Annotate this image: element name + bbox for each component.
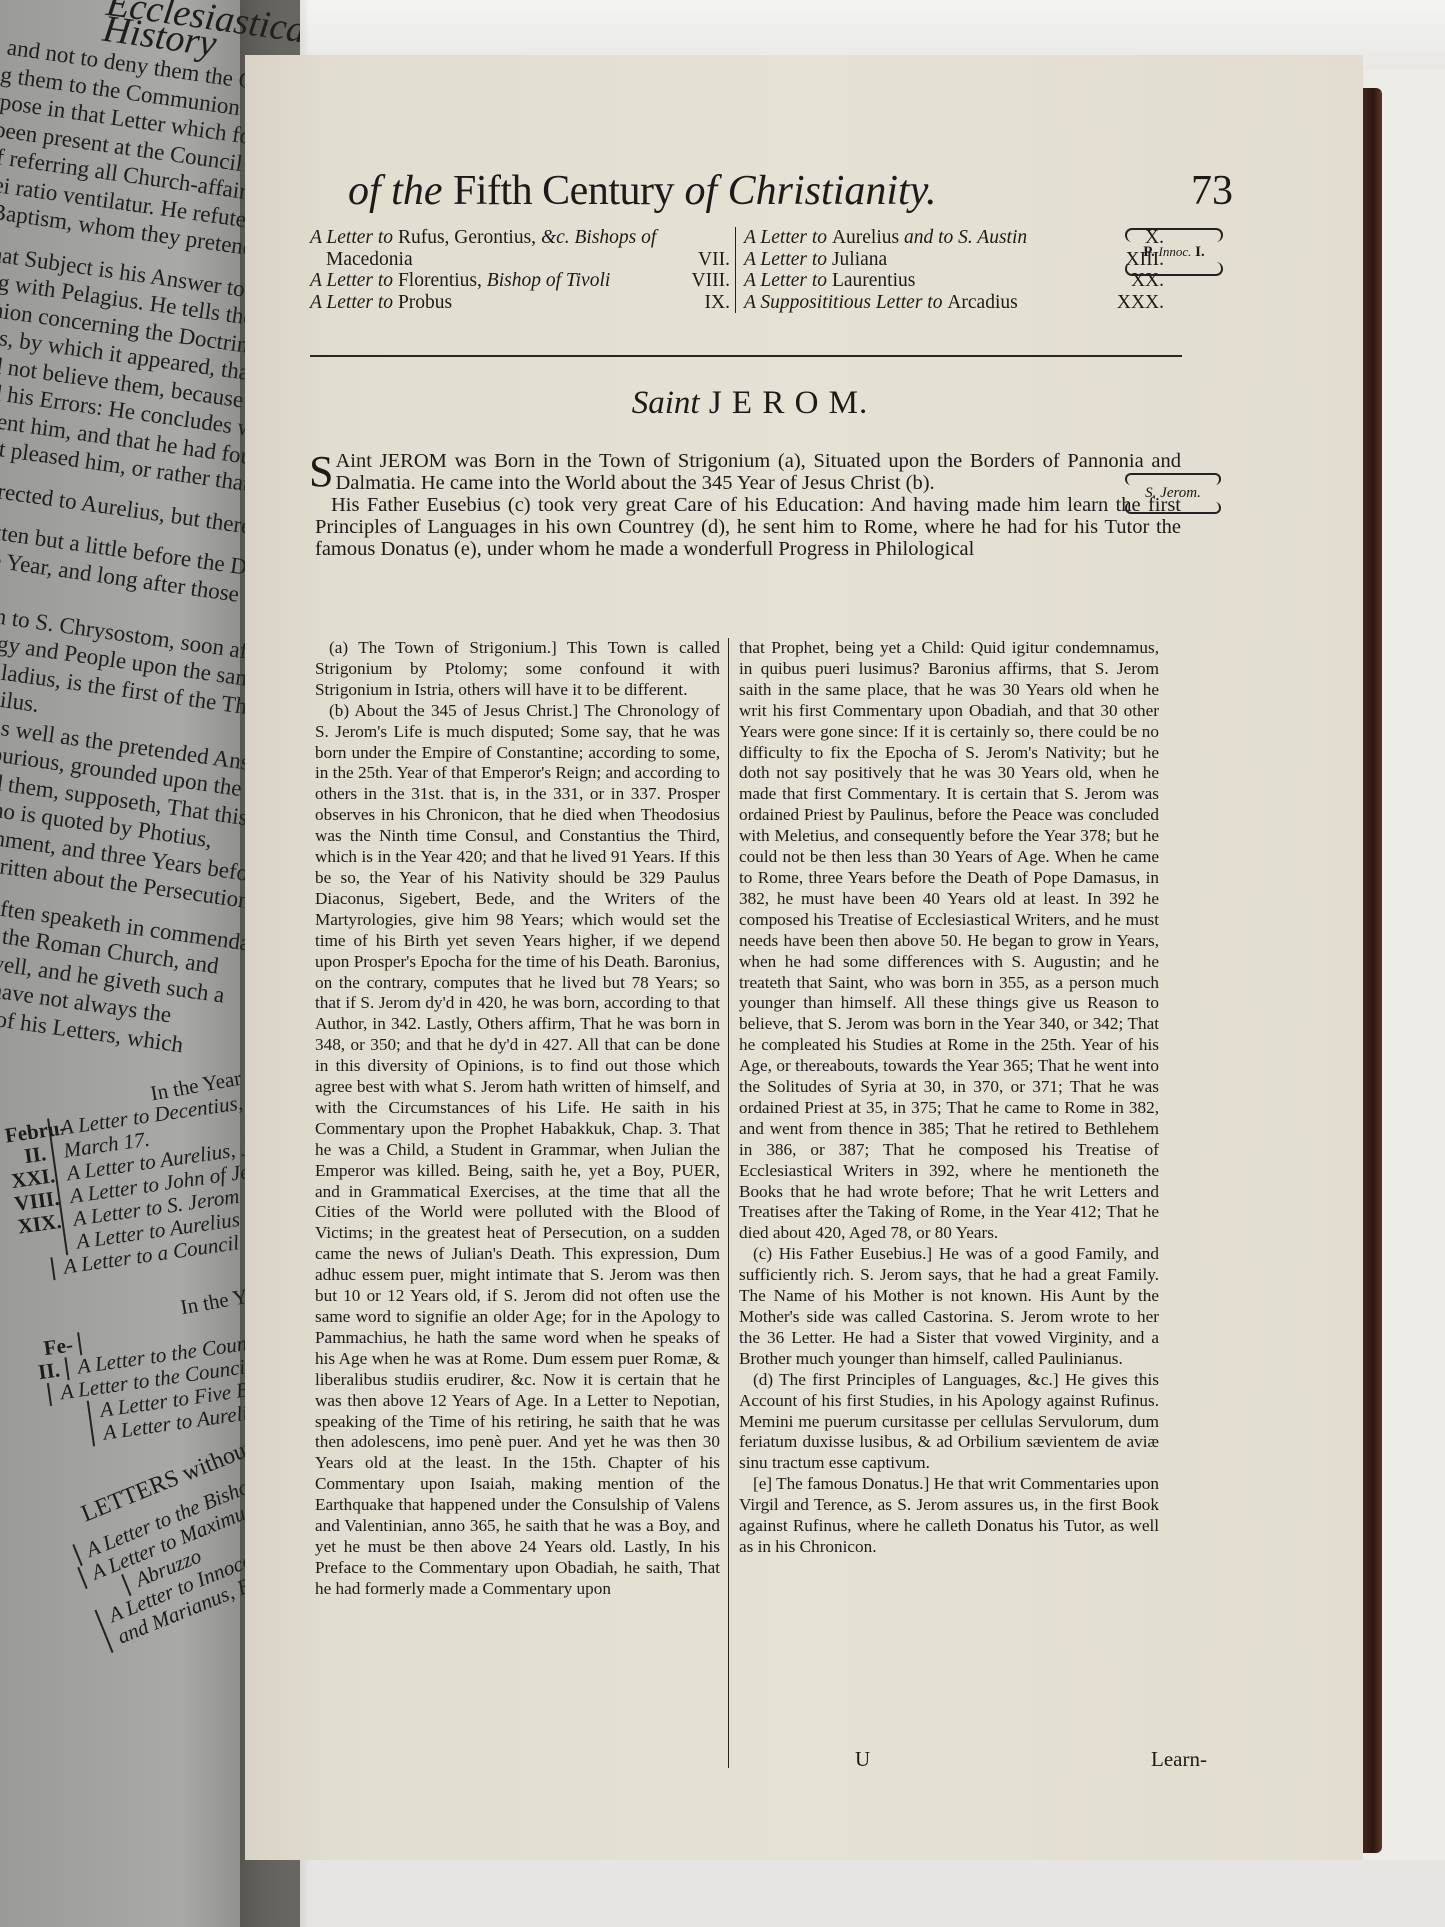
toc-entry-name: Macedonia xyxy=(326,249,413,270)
toc-left-column: A Letter to Rufus, Gerontius, &c. Bishop… xyxy=(310,227,730,313)
toc-entry-prefix: A Letter to xyxy=(310,227,398,248)
toc-entry-number: IX. xyxy=(705,292,730,314)
toc-entry: Macedonia VII. xyxy=(310,249,730,271)
letter-title xyxy=(79,1331,92,1355)
toc-entry: A Letter to Rufus, Gerontius, &c. Bishop… xyxy=(310,227,730,249)
horizontal-rule xyxy=(310,355,1182,357)
toc-entry-prefix: A Letter to xyxy=(744,270,832,291)
toc-entry-number: VII. xyxy=(698,249,730,271)
running-head-part2: Fifth Century xyxy=(453,168,674,214)
running-head: of the Fifth Century of Christianity. 73 xyxy=(348,167,1188,227)
intro-paragraph-2: His Father Eusebius (c) took very great … xyxy=(315,494,1181,560)
toc-entry-prefix: A Supposititious Letter to xyxy=(744,292,947,313)
brace-bottom-icon xyxy=(1125,502,1221,514)
toc-entry-name: Aurelius xyxy=(832,227,904,248)
running-head-part1: of the xyxy=(348,168,442,214)
catchline: U Learn- xyxy=(315,1747,1195,1773)
footnote-paragraph: that Prophet, being yet a Child: Quid ig… xyxy=(739,638,1159,1244)
toc-entry-number: XXX. xyxy=(1117,292,1164,314)
margin-note-text: S. Jerom. xyxy=(1125,485,1221,502)
intro-paragraph-1: Aint JEROM was Born in the Town of Strig… xyxy=(335,450,1181,494)
margin-note-innocent: P. Innoc. I. xyxy=(1125,228,1223,288)
chapter-title-italic: Saint xyxy=(632,385,700,421)
toc-entry-prefix: A Letter to xyxy=(310,292,398,313)
toc-entry-name: Rufus, Gerontius, xyxy=(398,227,541,248)
margin-note-italic: Innoc. xyxy=(1159,244,1192,259)
footnote-paragraph: (a) The Town of Strigonium.] This Town i… xyxy=(315,638,720,701)
margin-note-jerom: S. Jerom. xyxy=(1125,473,1221,525)
right-page: of the Fifth Century of Christianity. 73… xyxy=(245,55,1363,1860)
letter-number xyxy=(23,1257,56,1284)
toc-entry-name: Laurentius xyxy=(832,270,915,291)
toc-entry-suffix: Bishop of Tivoli xyxy=(487,270,611,291)
toc-entry-suffix: &c. Bishops of xyxy=(541,227,656,248)
toc-entry-prefix: A Letter to xyxy=(744,249,832,270)
toc-entry: A Letter to Aurelius and to S. AustinX. xyxy=(744,227,1164,249)
toc-entry: A Supposititious Letter to Arcadius XXX. xyxy=(744,292,1164,314)
toc-entry-name: Arcadius xyxy=(947,292,1017,313)
toc-entry: A Letter to Juliana XIII. xyxy=(744,249,1164,271)
footnote-paragraph: (c) His Father Eusebius.] He was of a go… xyxy=(739,1244,1159,1369)
brace-bottom-icon xyxy=(1125,262,1223,276)
toc-entry-name: Florentius, xyxy=(398,270,487,291)
footnotes-right-column: that Prophet, being yet a Child: Quid ig… xyxy=(728,638,1159,1768)
toc-entry-name: Probus xyxy=(398,292,452,313)
toc-entry-number: VIII. xyxy=(692,270,730,292)
toc-entry: A Letter to Florentius, Bishop of Tivoli… xyxy=(310,270,730,292)
footnote-paragraph: (b) About the 345 of Jesus Christ.] The … xyxy=(315,701,720,1600)
brace-top-icon xyxy=(1125,473,1221,485)
margin-note-prefix: P. xyxy=(1143,244,1155,260)
footnote-paragraph: [e] The famous Donatus.] He that writ Co… xyxy=(739,1474,1159,1558)
toc-entry-prefix: A Letter to xyxy=(744,227,832,248)
toc-entry: A Letter to Probus IX. xyxy=(310,292,730,314)
toc-entry: A Letter to Laurentius XX. xyxy=(744,270,1164,292)
footnotes-left-column: (a) The Town of Strigonium.] This Town i… xyxy=(315,638,720,1600)
brace-top-icon xyxy=(1125,228,1223,242)
chapter-title-name: J E R O M. xyxy=(709,385,868,421)
drop-cap: S xyxy=(309,452,333,492)
toc-entry-name: Juliana xyxy=(832,249,887,270)
toc-entry-suffix: and to S. Austin xyxy=(904,227,1027,248)
running-head-part3: of Christianity. xyxy=(684,168,936,214)
page-number: 73 xyxy=(1191,167,1233,215)
intro-paragraphs: S Aint JEROM was Born in the Town of Str… xyxy=(315,450,1181,560)
catchword: Learn- xyxy=(1151,1747,1207,1772)
signature-mark: U xyxy=(855,1747,870,1772)
book-cover-edge xyxy=(1360,88,1382,1853)
chapter-title: Saint J E R O M. xyxy=(245,385,1255,422)
toc-entry-prefix: A Letter to xyxy=(310,270,398,291)
margin-note-suffix: I. xyxy=(1195,244,1205,260)
toc-right-column: A Letter to Aurelius and to S. AustinX.A… xyxy=(735,227,1164,313)
running-head-title: of the Fifth Century of Christianity. xyxy=(348,167,937,215)
footnote-paragraph: (d) The first Principles of Languages, &… xyxy=(739,1370,1159,1475)
